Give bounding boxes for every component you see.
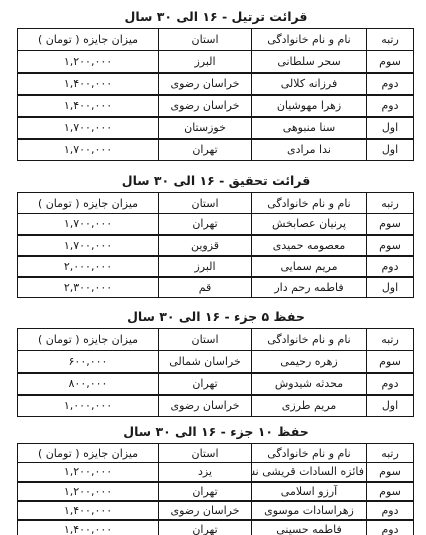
cell-province: تهران: [159, 373, 252, 395]
cell-rank: دوم: [367, 520, 414, 535]
cell-rank: اول: [367, 139, 414, 161]
cell-prize: ۱,۷۰۰,۰۰۰: [18, 139, 159, 161]
table-header-row: رتبه نام و نام خانوادگی استان میزان جایز…: [18, 193, 414, 214]
cell-prize: ۱,۷۰۰,۰۰۰: [18, 235, 159, 256]
cell-name: پرنیان عصابخش: [252, 214, 367, 235]
cell-rank: دوم: [367, 256, 414, 277]
header-rank: رتبه: [367, 193, 414, 214]
header-rank: رتبه: [367, 329, 414, 351]
cell-prize: ۱,۴۰۰,۰۰۰: [18, 95, 159, 117]
cell-prize: ۱,۷۰۰,۰۰۰: [18, 214, 159, 235]
cell-prize: ۱,۴۰۰,۰۰۰: [18, 73, 159, 95]
header-province: استان: [159, 329, 252, 351]
table-row: دوم فرزانه کلالی خراسان رضوی ۱,۴۰۰,۰۰۰: [18, 73, 414, 95]
table-row: سوم آرزو اسلامی تهران ۱,۲۰۰,۰۰۰: [18, 482, 414, 501]
cell-rank: دوم: [367, 501, 414, 520]
header-prize: میزان جایزه ( تومان ): [18, 444, 159, 463]
header-name: نام و نام خانوادگی: [252, 29, 367, 51]
header-prize: میزان جایزه ( تومان ): [18, 193, 159, 214]
header-province: استان: [159, 29, 252, 51]
cell-province: تهران: [159, 139, 252, 161]
header-rank: رتبه: [367, 444, 414, 463]
cell-name: زهرا مهوشیان: [252, 95, 367, 117]
table-row: سوم معصومه حمیدی قزوین ۱,۷۰۰,۰۰۰: [18, 235, 414, 256]
table-header-row: رتبه نام و نام خانوادگی استان میزان جایز…: [18, 29, 414, 51]
section-title: قرائت تحقیق - ۱۶ الی ۳۰ سال: [18, 172, 414, 189]
header-name: نام و نام خانوادگی: [252, 444, 367, 463]
table-row: دوم فاطمه حسینی تهران ۱,۴۰۰,۰۰۰: [18, 520, 414, 535]
table-header-row: رتبه نام و نام خانوادگی استان میزان جایز…: [18, 329, 414, 351]
cell-province: تهران: [159, 214, 252, 235]
cell-province: قم: [159, 277, 252, 298]
document-page: قرائت ترتیل - ۱۶ الی ۳۰ سال رتبه نام و ن…: [0, 0, 426, 535]
cell-prize: ۲,۰۰۰,۰۰۰: [18, 256, 159, 277]
cell-province: خراسان شمالی: [159, 351, 252, 373]
table-row: دوم زهراسادات موسوی خراسان رضوی ۱,۴۰۰,۰۰…: [18, 501, 414, 520]
prize-table-section: حفظ ۵ جزء - ۱۶ الی ۳۰ سال رتبه نام و نام…: [18, 308, 414, 417]
cell-name: سنا منبوهی: [252, 117, 367, 139]
table-row: اول سنا منبوهی خوزستان ۱,۷۰۰,۰۰۰: [18, 117, 414, 139]
cell-name: فرزانه کلالی: [252, 73, 367, 95]
header-prize: میزان جایزه ( تومان ): [18, 29, 159, 51]
header-rank: رتبه: [367, 29, 414, 51]
section-title: حفظ ۵ جزء - ۱۶ الی ۳۰ سال: [18, 308, 414, 325]
table-row: سوم سحر سلطانی البرز ۱,۲۰۰,۰۰۰: [18, 51, 414, 73]
table-row: دوم مریم سمایی البرز ۲,۰۰۰,۰۰۰: [18, 256, 414, 277]
table-row: اول فاطمه رحم دار قم ۲,۳۰۰,۰۰۰: [18, 277, 414, 298]
results-table: رتبه نام و نام خانوادگی استان میزان جایز…: [17, 28, 414, 161]
table-row: اول مریم طرزی خراسان رضوی ۱,۰۰۰,۰۰۰: [18, 395, 414, 417]
cell-prize: ۲,۳۰۰,۰۰۰: [18, 277, 159, 298]
cell-prize: ۱,۲۰۰,۰۰۰: [18, 463, 159, 482]
cell-province: خراسان رضوی: [159, 95, 252, 117]
table-row: دوم زهرا مهوشیان خراسان رضوی ۱,۴۰۰,۰۰۰: [18, 95, 414, 117]
cell-prize: ۱,۰۰۰,۰۰۰: [18, 395, 159, 417]
cell-name: محدثه شیدوش: [252, 373, 367, 395]
cell-name: فائزه السادات قریشی نسب: [252, 463, 367, 482]
header-prize: میزان جایزه ( تومان ): [18, 329, 159, 351]
cell-name: مریم طرزی: [252, 395, 367, 417]
cell-name: ندا مرادی: [252, 139, 367, 161]
cell-rank: سوم: [367, 463, 414, 482]
cell-province: البرز: [159, 51, 252, 73]
cell-province: تهران: [159, 520, 252, 535]
table-row: دوم محدثه شیدوش تهران ۸۰۰,۰۰۰: [18, 373, 414, 395]
cell-rank: دوم: [367, 73, 414, 95]
header-province: استان: [159, 193, 252, 214]
cell-rank: سوم: [367, 51, 414, 73]
cell-province: تهران: [159, 482, 252, 501]
cell-prize: ۱,۲۰۰,۰۰۰: [18, 51, 159, 73]
cell-rank: سوم: [367, 235, 414, 256]
header-name: نام و نام خانوادگی: [252, 193, 367, 214]
cell-prize: ۱,۴۰۰,۰۰۰: [18, 501, 159, 520]
cell-rank: سوم: [367, 482, 414, 501]
cell-name: زهراسادات موسوی: [252, 501, 367, 520]
table-row: اول ندا مرادی تهران ۱,۷۰۰,۰۰۰: [18, 139, 414, 161]
cell-rank: دوم: [367, 373, 414, 395]
prize-table-section: قرائت ترتیل - ۱۶ الی ۳۰ سال رتبه نام و ن…: [18, 8, 414, 161]
cell-name: سحر سلطانی: [252, 51, 367, 73]
cell-prize: ۸۰۰,۰۰۰: [18, 373, 159, 395]
table-row: سوم فائزه السادات قریشی نسب یزد ۱,۲۰۰,۰۰…: [18, 463, 414, 482]
results-table: رتبه نام و نام خانوادگی استان میزان جایز…: [17, 328, 414, 417]
cell-rank: سوم: [367, 214, 414, 235]
results-table: رتبه نام و نام خانوادگی استان میزان جایز…: [17, 443, 414, 535]
cell-rank: اول: [367, 395, 414, 417]
cell-prize: ۱,۷۰۰,۰۰۰: [18, 117, 159, 139]
cell-province: خوزستان: [159, 117, 252, 139]
cell-name: فاطمه حسینی: [252, 520, 367, 535]
cell-rank: سوم: [367, 351, 414, 373]
table-row: سوم زهره رحیمی خراسان شمالی ۶۰۰,۰۰۰: [18, 351, 414, 373]
cell-province: خراسان رضوی: [159, 501, 252, 520]
cell-name: مریم سمایی: [252, 256, 367, 277]
cell-name: زهره رحیمی: [252, 351, 367, 373]
cell-rank: اول: [367, 277, 414, 298]
header-name: نام و نام خانوادگی: [252, 329, 367, 351]
cell-province: یزد: [159, 463, 252, 482]
header-province: استان: [159, 444, 252, 463]
results-table: رتبه نام و نام خانوادگی استان میزان جایز…: [17, 192, 414, 298]
cell-province: قزوین: [159, 235, 252, 256]
cell-name: فاطمه رحم دار: [252, 277, 367, 298]
cell-prize: ۱,۲۰۰,۰۰۰: [18, 482, 159, 501]
table-row: سوم پرنیان عصابخش تهران ۱,۷۰۰,۰۰۰: [18, 214, 414, 235]
cell-name: معصومه حمیدی: [252, 235, 367, 256]
cell-prize: ۶۰۰,۰۰۰: [18, 351, 159, 373]
cell-rank: اول: [367, 117, 414, 139]
section-title: قرائت ترتیل - ۱۶ الی ۳۰ سال: [18, 8, 414, 25]
cell-province: البرز: [159, 256, 252, 277]
cell-name: آرزو اسلامی: [252, 482, 367, 501]
table-header-row: رتبه نام و نام خانوادگی استان میزان جایز…: [18, 444, 414, 463]
prize-table-section: قرائت تحقیق - ۱۶ الی ۳۰ سال رتبه نام و ن…: [18, 172, 414, 298]
section-title: حفظ ۱۰ جزء - ۱۶ الی ۳۰ سال: [18, 423, 414, 440]
cell-province: خراسان رضوی: [159, 395, 252, 417]
cell-province: خراسان رضوی: [159, 73, 252, 95]
prize-table-section: حفظ ۱۰ جزء - ۱۶ الی ۳۰ سال رتبه نام و نا…: [18, 423, 414, 535]
cell-prize: ۱,۴۰۰,۰۰۰: [18, 520, 159, 535]
cell-rank: دوم: [367, 95, 414, 117]
